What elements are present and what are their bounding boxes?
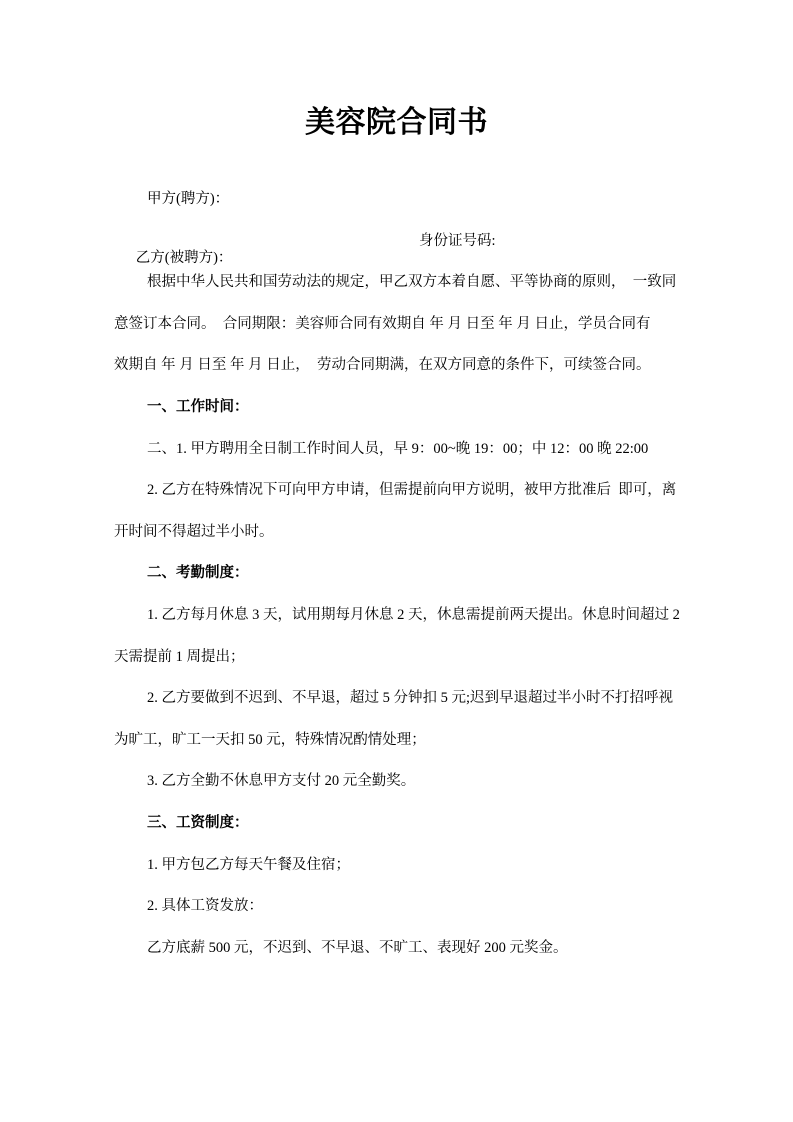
contract-body: 甲方(聘方)： 乙方(被聘方)： 身份证号码: 根据中华人民共和国劳动法的规定，…	[114, 191, 680, 981]
section-3-heading: 三、工资制度：	[114, 815, 680, 857]
preamble-line-3: 效期自 年 月 日至 年 月 日止， 劳动合同期满，在双方同意的条件下，可续签合…	[114, 357, 680, 399]
document-page: 美容院合同书 甲方(聘方)： 乙方(被聘方)： 身份证号码: 根据中华人民共和国…	[0, 0, 793, 1122]
section-3-item-1: 1. 甲方包乙方每天午餐及住宿；	[114, 857, 680, 899]
section-1-item-1: 二、1. 甲方聘用全日制工作时间人员，早 9：00~晚 19：00；中 12：0…	[114, 441, 680, 483]
id-number-label: 身份证号码:	[386, 233, 496, 250]
party-b-line: 乙方(被聘方)： 身份证号码:	[114, 233, 680, 275]
section-2-item-2-line-1: 2. 乙方要做到不迟到、不早退，超过 5 分钟扣 5 元;迟到早退超过半小时不打…	[114, 690, 680, 732]
party-b-label: 乙方(被聘方)：	[136, 250, 233, 266]
section-3-item-2: 2. 具体工资发放：	[114, 898, 680, 940]
section-2-heading: 二、考勤制度：	[114, 565, 680, 607]
party-a-line: 甲方(聘方)：	[114, 191, 680, 233]
section-2-item-1-line-1: 1. 乙方每月休息 3 天，试用期每月休息 2 天，休息需提前两天提出。休息时间…	[114, 607, 680, 649]
section-1-item-2-line-2: 开时间不得超过半小时。	[114, 524, 680, 566]
section-2-item-1-line-2: 天需提前 1 周提出；	[114, 649, 680, 691]
section-2-item-2-line-2: 为旷工，旷工一天扣 50 元，特殊情况酌情处理；	[114, 732, 680, 774]
section-3-item-3: 乙方底薪 500 元，不迟到、不早退、不旷工、表现好 200 元奖金。	[114, 940, 680, 982]
preamble-line-2: 意签订本合同。 合同期限：美容师合同有效期自 年 月 日至 年 月 日止，学员合…	[114, 316, 680, 358]
contract-title: 美容院合同书	[0, 97, 793, 141]
preamble-line-1: 根据中华人民共和国劳动法的规定，甲乙双方本着自愿、平等协商的原则， 一致同	[114, 274, 680, 316]
section-1-item-2-line-1: 2. 乙方在特殊情况下可向甲方申请，但需提前向甲方说明，被甲方批准后 即可，离	[114, 482, 680, 524]
section-2-item-3: 3. 乙方全勤不休息甲方支付 20 元全勤奖。	[114, 773, 680, 815]
section-1-heading: 一、工作时间：	[114, 399, 680, 441]
